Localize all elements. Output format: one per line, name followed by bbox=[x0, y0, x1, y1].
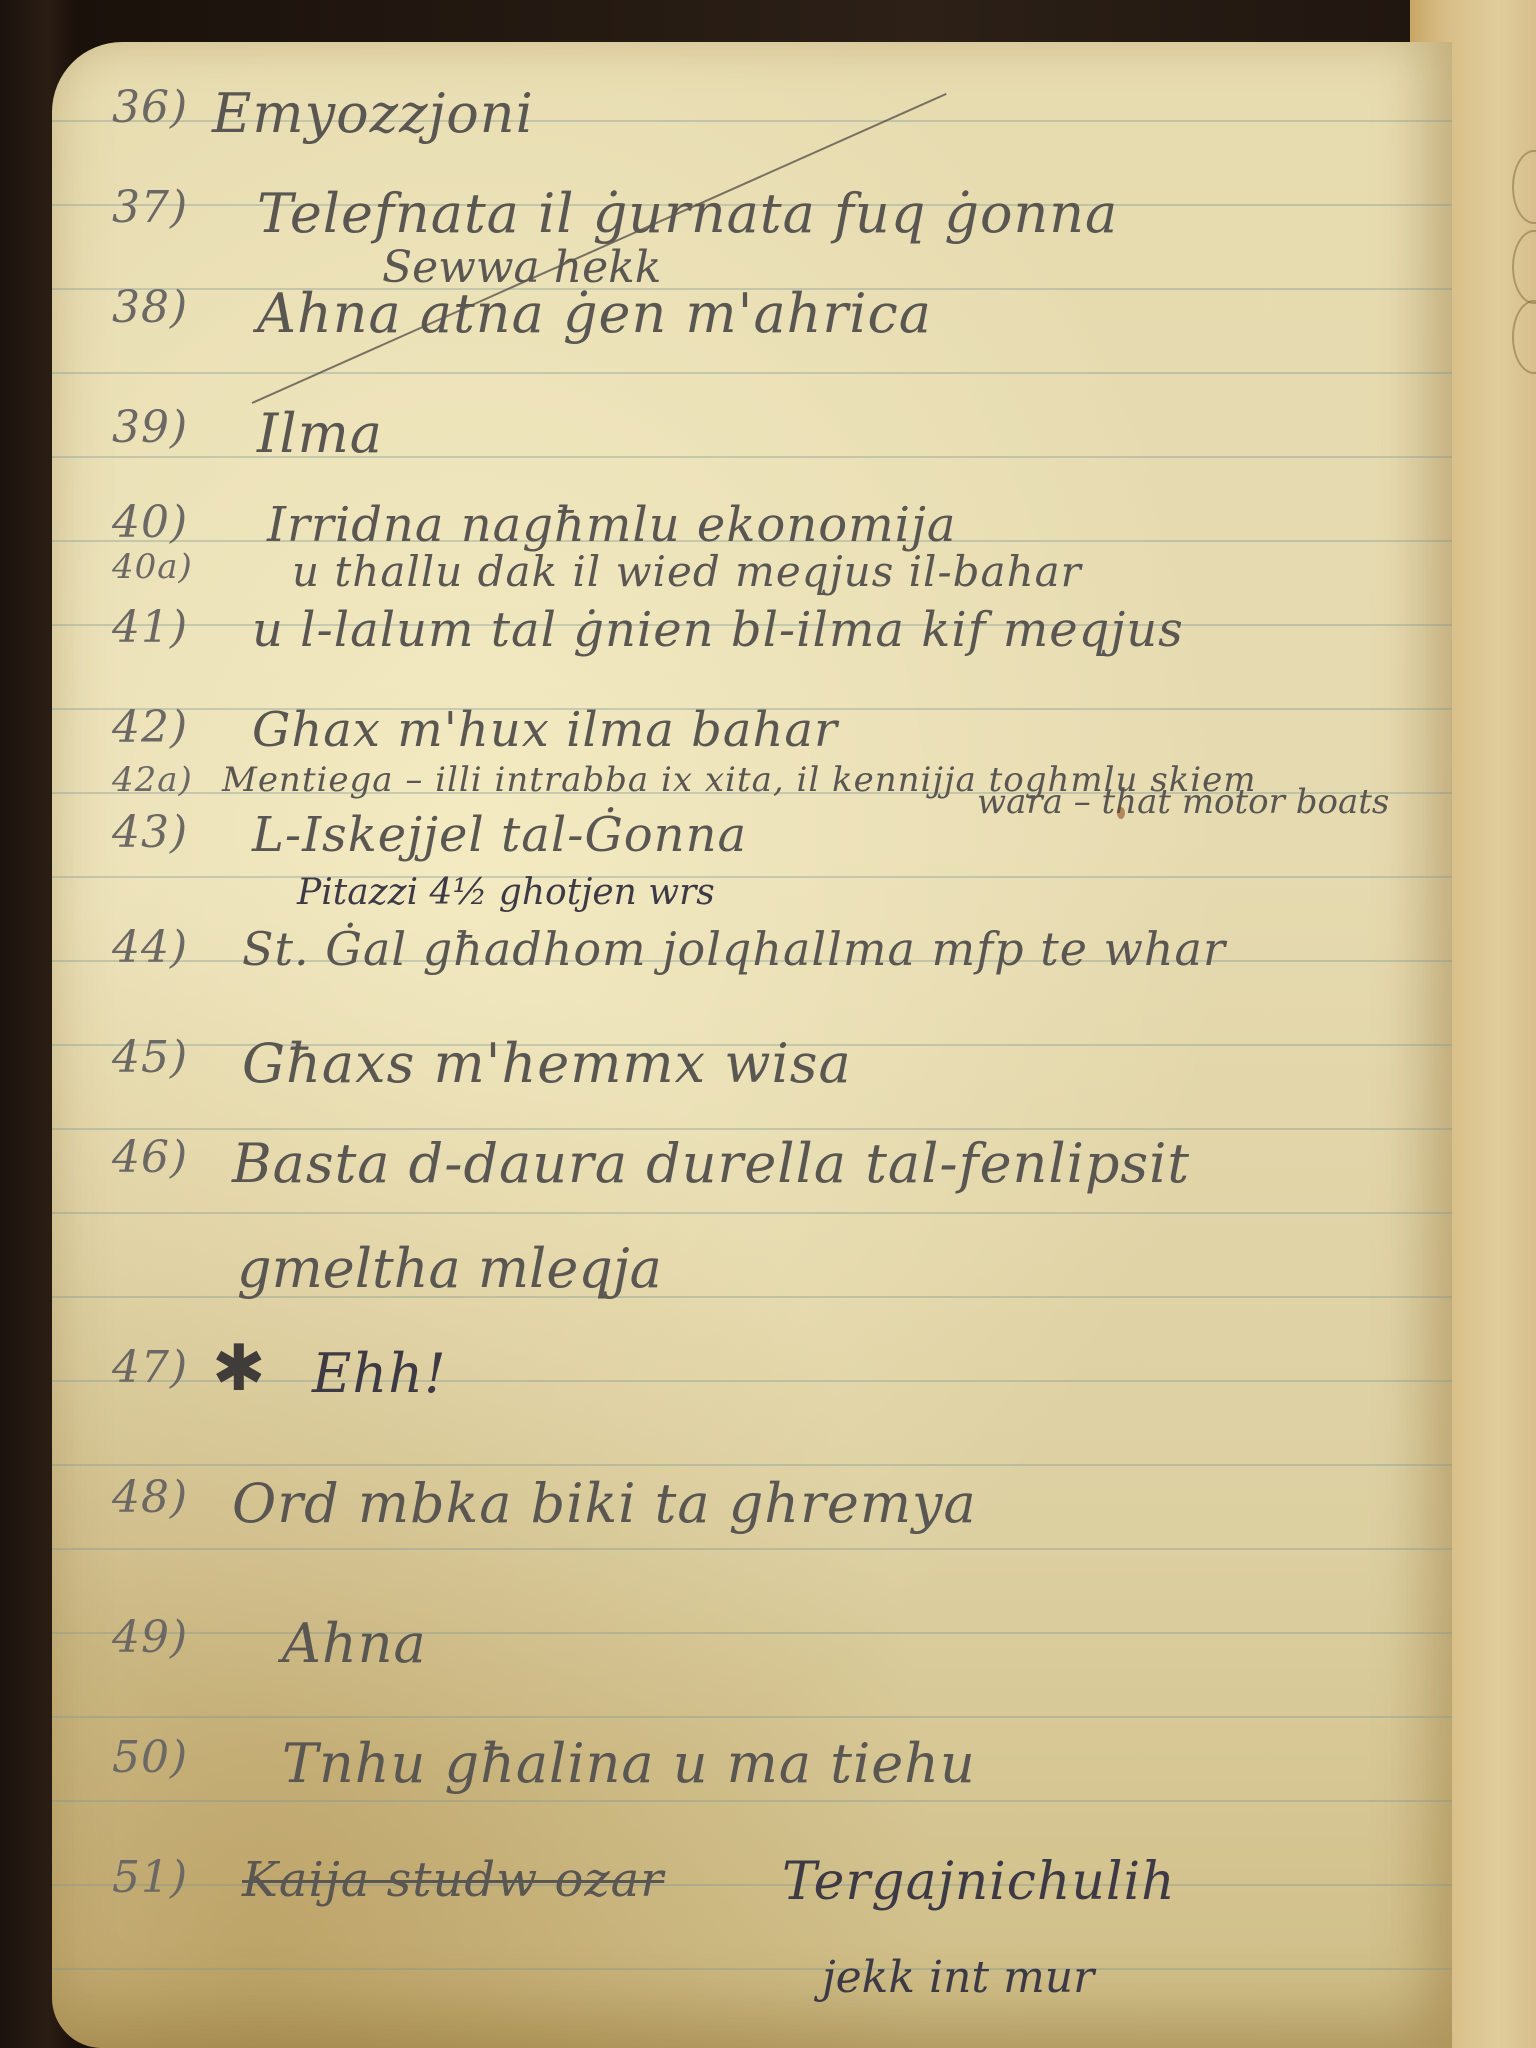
entry-number: 36) bbox=[112, 82, 222, 133]
rule-line bbox=[52, 1716, 1452, 1718]
rule-line bbox=[52, 1128, 1452, 1130]
entry-number: 37) bbox=[112, 182, 222, 233]
entry-text: Basta d-daura durella tal-fenlipsit bbox=[232, 1132, 1190, 1195]
rule-line bbox=[52, 372, 1452, 374]
entry-number: 42) bbox=[112, 702, 222, 753]
entry-text: L-Iskejjel tal-Ġonna bbox=[252, 807, 747, 863]
entry-number: 42a) bbox=[112, 760, 222, 800]
notebook-page: 36) Emyozzjoni 37) Telefnata il ġurnata … bbox=[52, 42, 1452, 2048]
entry-number: 47) bbox=[112, 1342, 222, 1393]
entry-text: Għaxs m'hemmx wisa bbox=[242, 1032, 852, 1095]
entry-text: Ahna bbox=[282, 1612, 427, 1675]
ink-spot bbox=[1117, 807, 1125, 819]
entry-text: u l-lalum tal ġnien bl-ilma kif meqjus bbox=[252, 602, 1184, 658]
entry-number: 43) bbox=[112, 807, 222, 858]
entry-text: Telefnata il ġurnata fuq ġonna bbox=[257, 182, 1118, 245]
entry-number: 38) bbox=[112, 282, 222, 333]
entry-text: Emyozzjoni bbox=[212, 82, 534, 145]
entry-text: Ghax m'hux ilma bahar bbox=[252, 702, 838, 758]
rule-line bbox=[52, 1800, 1452, 1802]
entry-text: Ehh! bbox=[312, 1342, 447, 1405]
entry-text: u thallu dak il wied meqjus il-bahar bbox=[292, 547, 1082, 596]
entry-text: Tnhu għalina u ma tiehu bbox=[282, 1732, 976, 1795]
entry-text: Irridna nagħmlu ekonomija bbox=[267, 497, 957, 553]
entry-number: 51) bbox=[112, 1852, 222, 1903]
asterisk-icon: ✱ bbox=[212, 1332, 267, 1406]
entry-number: 46) bbox=[112, 1132, 222, 1183]
entry-text: St. Ġal għadhom jolqhallma mfp te whar bbox=[242, 922, 1226, 976]
entry-46-continuation: gmeltha mleqja bbox=[237, 1237, 662, 1300]
entry-text-struck: Kaija studw ozar bbox=[242, 1852, 664, 1908]
entry-text: Ahna atna ġen m'ahrica bbox=[257, 282, 932, 345]
rule-line bbox=[52, 1968, 1452, 1970]
entry-text: Ord mbka biki ta ghremya bbox=[232, 1472, 977, 1535]
entry-number: 41) bbox=[112, 602, 222, 653]
entry-number: 49) bbox=[112, 1612, 222, 1663]
inserted-line: Pitazzi 4½ ghotjen wrs bbox=[297, 872, 715, 913]
rule-line bbox=[52, 876, 1452, 878]
entry-43-note: wara – that motor boats bbox=[977, 782, 1389, 822]
entry-number: 45) bbox=[112, 1032, 222, 1083]
entry-number: 39) bbox=[112, 402, 222, 453]
rule-line bbox=[52, 1632, 1452, 1634]
entry-number: 40a) bbox=[112, 547, 222, 587]
entry-text-replacement: Tergajnichulih bbox=[782, 1852, 1176, 1912]
entry-number: 44) bbox=[112, 922, 222, 973]
entry-51-note: jekk int mur bbox=[822, 1952, 1094, 2003]
entry-number: 50) bbox=[112, 1732, 222, 1783]
entry-number: 48) bbox=[112, 1472, 222, 1523]
entry-text: Ilma bbox=[257, 402, 383, 465]
entry-number: 40) bbox=[112, 497, 222, 548]
rule-line bbox=[52, 1548, 1452, 1550]
rule-line bbox=[52, 1212, 1452, 1214]
rule-line bbox=[52, 1464, 1452, 1466]
